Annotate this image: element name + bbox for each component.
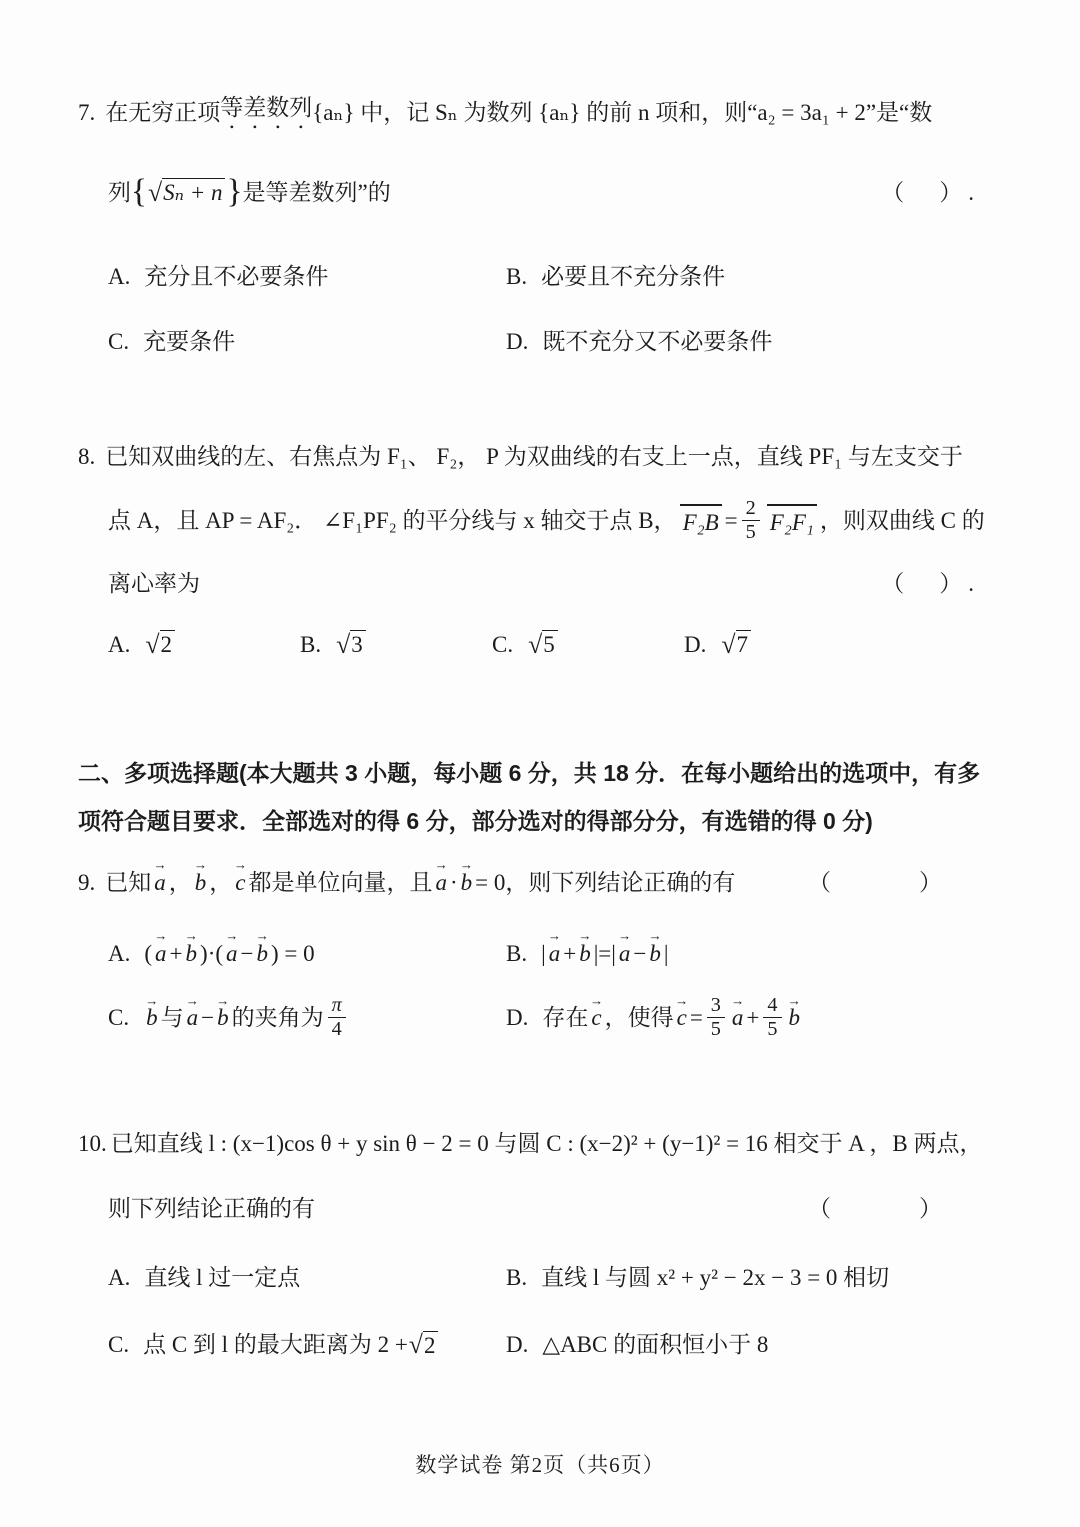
exam-page: 7. 在无穷正项 等差数列 {aₙ} 中，记 Sₙ 为数列 {aₙ} 的前 n … bbox=[0, 0, 1080, 1527]
section-2-title-line1: 二、多项选择题(本大题共 3 小题，每小题 6 分，共 18 分．在每小题给出的… bbox=[78, 756, 1022, 791]
q8-fraction-two-fifths: 25 bbox=[742, 498, 760, 543]
q9-c-t2: − bbox=[201, 1002, 214, 1033]
vector-a: a bbox=[155, 938, 167, 969]
q10-option-b-text: 直线 l 与圆 x² + y² − 2x − 3 = 0 相切 bbox=[541, 1262, 889, 1293]
vector-a: a bbox=[549, 938, 561, 969]
q10-option-c-sqrt: √2 bbox=[409, 1331, 439, 1359]
q10-line1-text: 已知直线 l : (x−1)cos θ + y sin θ − 2 = 0 与圆… bbox=[111, 1128, 983, 1159]
q7-options-row1: A. 充分且不必要条件 B. 必要且不充分条件 bbox=[108, 261, 1022, 292]
vector-b: b bbox=[195, 867, 207, 898]
q9-option-a-label: A. bbox=[108, 938, 130, 969]
q8-option-b: B. √3 bbox=[300, 629, 492, 660]
vector-a: a bbox=[187, 1002, 199, 1033]
q10-number: 10. bbox=[78, 1128, 107, 1159]
question-10: 10. 已知直线 l : (x−1)cos θ + y sin θ − 2 = … bbox=[78, 1128, 1022, 1360]
q9-a-t3: )·( bbox=[200, 938, 223, 969]
radical-sign: √ bbox=[721, 632, 735, 658]
q7-option-d: D. 既不充分又不必要条件 bbox=[506, 326, 772, 357]
q10-option-b-label: B. bbox=[506, 1262, 527, 1293]
q10-option-a: A. 直线 l 过一定点 bbox=[108, 1262, 506, 1293]
radicand: 2 bbox=[160, 630, 176, 658]
denominator: 5 bbox=[742, 521, 760, 543]
q8-stem-line1: 8. 已知双曲线的左、右焦点为 F₁、 F₂， P 为双曲线的右支上一点，直线 … bbox=[78, 441, 1022, 472]
q9-b-t5: | bbox=[664, 938, 669, 969]
q8-stem-line3: 离心率为 （ ）. bbox=[108, 568, 1022, 599]
q9-stem-t4: 都是单位向量，且 bbox=[248, 867, 432, 898]
q9-stem-t2: ， bbox=[169, 867, 192, 898]
q9-option-a: A. ( a + b )·( a − b ) = 0 bbox=[108, 938, 506, 969]
q9-d-t1: 存在 bbox=[542, 1002, 588, 1033]
q8-line2-pre: 点 A，且 AP = AF₂． ∠F₁PF₂ 的平分线与 x 轴交于点 B， bbox=[108, 505, 677, 536]
radicand: 5 bbox=[542, 630, 558, 658]
q7-line2-post: 是等差数列”的 bbox=[242, 177, 390, 208]
q8-option-a-label: A. bbox=[108, 629, 130, 660]
q8-line1-text: 已知双曲线的左、右焦点为 F₁、 F₂， P 为双曲线的右支上一点，直线 PF₁… bbox=[105, 441, 963, 472]
q7-line2-pre: 列 bbox=[108, 177, 131, 208]
q7-options-row2: C. 充要条件 D. 既不充分又不必要条件 bbox=[108, 326, 1022, 357]
fraction-four-fifths: 45 bbox=[763, 995, 781, 1040]
vector-c: c bbox=[677, 1002, 687, 1033]
radicand: 7 bbox=[736, 630, 752, 658]
vector-a: a bbox=[732, 1002, 744, 1033]
q7-option-a-text: 充分且不必要条件 bbox=[144, 261, 328, 292]
q7-option-a-label: A. bbox=[108, 261, 130, 292]
q9-c-t1: 与 bbox=[161, 1002, 184, 1033]
q10-option-d: D. △ABC 的面积恒小于 8 bbox=[506, 1329, 768, 1360]
q9-a-t2: + bbox=[170, 938, 183, 969]
fraction-three-fifths: 35 bbox=[707, 995, 725, 1040]
q8-option-d-label: D. bbox=[684, 629, 706, 660]
q10-option-a-text: 直线 l 过一定点 bbox=[144, 1262, 300, 1293]
q9-a-t4: − bbox=[241, 938, 254, 969]
q10-options-row1: A. 直线 l 过一定点 B. 直线 l 与圆 x² + y² − 2x − 3… bbox=[108, 1262, 1022, 1293]
q7-answer-blank: （ ）. bbox=[881, 177, 980, 208]
vector-b: b bbox=[146, 1002, 158, 1033]
q9-stem-t5: · bbox=[450, 867, 458, 898]
q9-option-c: C. b 与 a − b 的夹角为 π4 bbox=[108, 995, 506, 1040]
q9-d-t3: = bbox=[690, 1002, 703, 1033]
q9-b-t2: + bbox=[563, 938, 576, 969]
q8-vector-f2f1: F₂F₁ bbox=[767, 504, 817, 538]
q9-options-row1: A. ( a + b )·( a − b ) = 0 B. | a + b |=… bbox=[108, 938, 1022, 969]
q9-stem-t6: = 0，则下列结论正确的有 bbox=[475, 867, 735, 898]
vector-c: c bbox=[235, 867, 245, 898]
denominator: 5 bbox=[763, 1018, 781, 1040]
vector-a: a bbox=[154, 867, 166, 898]
q7-option-d-label: D. bbox=[506, 326, 528, 357]
q9-stem-t1: 已知 bbox=[105, 867, 151, 898]
q7-stem-pre: 在无穷正项 bbox=[105, 97, 220, 128]
q9-b-t3: |=| bbox=[594, 938, 616, 969]
q9-answer-blank: （ ） bbox=[808, 867, 956, 898]
q7-option-c-text: 充要条件 bbox=[143, 326, 235, 357]
q8-stem-line2: 点 A，且 AP = AF₂． ∠F₁PF₂ 的平分线与 x 轴交于点 B， F… bbox=[108, 498, 1022, 543]
vector-b: b bbox=[789, 1002, 801, 1033]
q10-answer-blank: （ ） bbox=[808, 1193, 956, 1224]
q8-answer-blank: （ ）. bbox=[881, 568, 980, 599]
open-brace: { bbox=[131, 169, 147, 214]
q10-option-a-label: A. bbox=[108, 1262, 130, 1293]
q10-option-c-pre: 点 C 到 l 的最大距离为 2 + bbox=[143, 1329, 408, 1360]
q9-option-c-label: C. bbox=[108, 1002, 129, 1033]
radicand: 2 bbox=[423, 1331, 439, 1359]
q8-option-d: D. √7 bbox=[684, 629, 876, 660]
q9-c-t3: 的夹角为 bbox=[232, 1002, 324, 1033]
q8-equals-sign: = bbox=[725, 505, 738, 536]
question-7: 7. 在无穷正项 等差数列 {aₙ} 中，记 Sₙ 为数列 {aₙ} 的前 n … bbox=[78, 92, 1022, 357]
denominator: 5 bbox=[707, 1018, 725, 1040]
q9-options-row2: C. b 与 a − b 的夹角为 π4 D. 存在 c ，使得 c = 35 … bbox=[108, 995, 1022, 1040]
radical-sign: √ bbox=[528, 632, 542, 658]
q9-stem: 9. 已知 a ， b ， c 都是单位向量，且 a · b = 0，则下列结论… bbox=[78, 867, 1022, 898]
numerator: 4 bbox=[763, 995, 781, 1018]
q8-line3-text: 离心率为 bbox=[108, 568, 200, 599]
q9-option-d-label: D. bbox=[506, 1002, 528, 1033]
q7-radicand: Sₙ + n bbox=[162, 178, 225, 206]
vector-b: b bbox=[217, 1002, 229, 1033]
q9-b-t1: | bbox=[541, 938, 546, 969]
q7-number: 7. bbox=[78, 97, 95, 128]
q7-option-a: A. 充分且不必要条件 bbox=[108, 261, 506, 292]
question-9: 9. 已知 a ， b ， c 都是单位向量，且 a · b = 0，则下列结论… bbox=[78, 867, 1022, 1041]
radical-sign: √ bbox=[148, 180, 162, 206]
vector-a: a bbox=[435, 867, 447, 898]
q8-option-c-label: C. bbox=[492, 629, 513, 660]
q7-sqrt-expression: √Sₙ + n bbox=[148, 178, 225, 206]
q7-stem-emphasized: 等差数列 bbox=[220, 92, 312, 134]
q10-stem-line1: 10. 已知直线 l : (x−1)cos θ + y sin θ − 2 = … bbox=[78, 1128, 1022, 1159]
q10-option-d-label: D. bbox=[506, 1329, 528, 1360]
q7-stem-line1: 7. 在无穷正项 等差数列 {aₙ} 中，记 Sₙ 为数列 {aₙ} 的前 n … bbox=[78, 92, 1022, 134]
numerator: π bbox=[328, 995, 346, 1018]
vector-a: a bbox=[226, 938, 238, 969]
fraction-pi-fourths: π4 bbox=[328, 995, 346, 1040]
vector-c: c bbox=[591, 1002, 601, 1033]
q10-option-c: C. 点 C 到 l 的最大距离为 2 + √2 bbox=[108, 1329, 506, 1360]
q8-option-b-label: B. bbox=[300, 629, 321, 660]
q7-stem-line2: 列 { √Sₙ + n } 是等差数列”的 （ ）. bbox=[108, 170, 1022, 215]
q10-option-b: B. 直线 l 与圆 x² + y² − 2x − 3 = 0 相切 bbox=[506, 1262, 889, 1293]
vector-b: b bbox=[579, 938, 591, 969]
q10-stem-line2: 则下列结论正确的有 （ ） bbox=[108, 1193, 1022, 1224]
q10-option-d-text: △ABC 的面积恒小于 8 bbox=[542, 1329, 768, 1360]
q10-line2-text: 则下列结论正确的有 bbox=[108, 1193, 315, 1224]
q8-line2-post: ，则双曲线 C 的 bbox=[820, 505, 985, 536]
radical-sign: √ bbox=[145, 632, 159, 658]
q8-vector-f2b: F₂B bbox=[680, 504, 722, 538]
q9-option-b: B. | a + b |=| a − b | bbox=[506, 938, 668, 969]
vector-a: a bbox=[619, 938, 631, 969]
q8-option-c-value: √5 bbox=[528, 630, 558, 658]
vector-b: b bbox=[257, 938, 269, 969]
numerator: 3 bbox=[707, 995, 725, 1018]
q9-stem-t3: ， bbox=[209, 867, 232, 898]
q7-option-b: B. 必要且不充分条件 bbox=[506, 261, 725, 292]
vector-b: b bbox=[186, 938, 198, 969]
q9-d-t4: + bbox=[746, 1002, 759, 1033]
q7-option-d-text: 既不充分又不必要条件 bbox=[542, 326, 772, 357]
vector-b: b bbox=[461, 867, 473, 898]
close-brace: } bbox=[226, 169, 242, 214]
radical-sign: √ bbox=[409, 1332, 423, 1358]
question-8: 8. 已知双曲线的左、右焦点为 F₁、 F₂， P 为双曲线的右支上一点，直线 … bbox=[78, 441, 1022, 660]
q7-option-b-label: B. bbox=[506, 261, 527, 292]
q9-b-t4: − bbox=[633, 938, 646, 969]
denominator: 4 bbox=[328, 1018, 346, 1040]
radicand: 3 bbox=[350, 630, 366, 658]
q9-option-b-label: B. bbox=[506, 938, 527, 969]
page-footer: 数学试卷 第2页（共6页） bbox=[0, 1451, 1080, 1479]
q8-options-row: A. √2 B. √3 C. √5 D. √7 bbox=[108, 629, 1022, 660]
section-2-title-line2: 项符合题目要求．全部选对的得 6 分，部分选对的得部分分，有选错的得 0 分) bbox=[78, 804, 1022, 839]
q7-option-b-text: 必要且不充分条件 bbox=[541, 261, 725, 292]
q8-option-a-value: √2 bbox=[145, 630, 175, 658]
numerator: 2 bbox=[742, 498, 760, 521]
q8-number: 8. bbox=[78, 441, 95, 472]
q10-option-c-label: C. bbox=[108, 1329, 129, 1360]
q9-a-t5: ) = 0 bbox=[271, 938, 315, 969]
q8-option-b-value: √3 bbox=[336, 630, 366, 658]
q7-stem-rest: {aₙ} 中，记 Sₙ 为数列 {aₙ} 的前 n 项和，则“a₂ = 3a₁ … bbox=[312, 97, 932, 128]
radical-sign: √ bbox=[336, 632, 350, 658]
q8-option-c: C. √5 bbox=[492, 629, 684, 660]
q8-option-d-value: √7 bbox=[721, 630, 751, 658]
q9-option-d: D. 存在 c ，使得 c = 35 a + 45 b bbox=[506, 995, 803, 1040]
q7-option-c-label: C. bbox=[108, 326, 129, 357]
q9-d-t2: ，使得 bbox=[605, 1002, 674, 1033]
vector-b: b bbox=[649, 938, 661, 969]
section-2-header: 二、多项选择题(本大题共 3 小题，每小题 6 分，共 18 分．在每小题给出的… bbox=[78, 756, 1022, 839]
q9-number: 9. bbox=[78, 867, 95, 898]
q8-option-a: A. √2 bbox=[108, 629, 300, 660]
q9-a-t1: ( bbox=[144, 938, 152, 969]
q10-options-row2: C. 点 C 到 l 的最大距离为 2 + √2 D. △ABC 的面积恒小于 … bbox=[108, 1329, 1022, 1360]
q7-option-c: C. 充要条件 bbox=[108, 326, 506, 357]
